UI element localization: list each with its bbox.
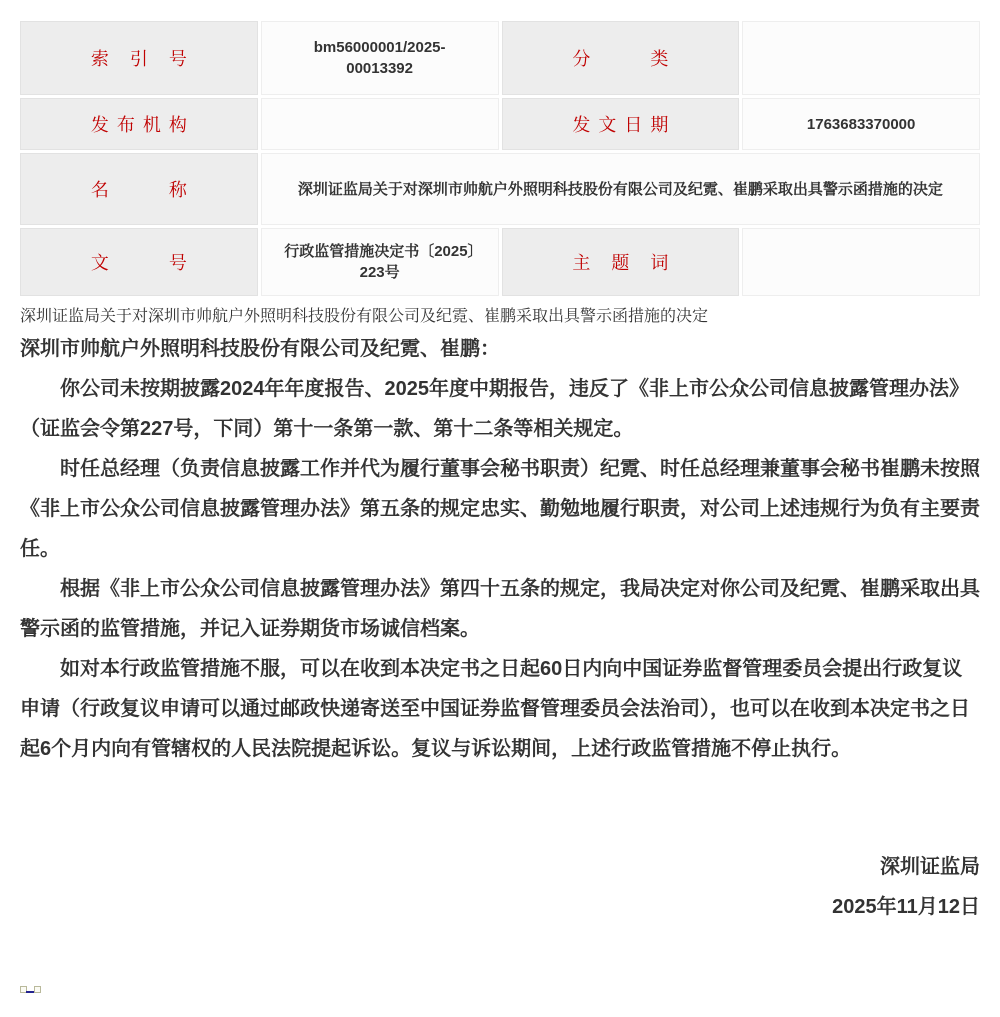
subject-words-label-cell: 主题词 [502, 228, 740, 296]
broken-attachment-link[interactable] [20, 983, 41, 993]
document-title-line: 深圳证监局关于对深圳市帅航户外照明科技股份有限公司及纪霓、崔鹏采取出具警示函措施… [20, 305, 980, 329]
subject-words-value-cell [742, 228, 980, 296]
table-row: 文号 行政监管措施决定书〔2025〕223号 主题词 [20, 228, 980, 296]
body-paragraph: 时任总经理（负责信息披露工作并代为履行董事会秘书职责）纪霓、时任总经理兼董事会秘… [20, 449, 980, 569]
index-number-value-cell: bm56000001/2025-00013392 [261, 21, 499, 95]
table-row: 索引号 bm56000001/2025-00013392 分类 [20, 21, 980, 95]
issuing-agency-label: 发布机构 [91, 111, 187, 137]
body-paragraph: 你公司未按期披露2024年年度报告、2025年度中期报告，违反了《非上市公众公司… [20, 369, 980, 449]
index-number-label: 索引号 [91, 45, 187, 71]
issue-date-label-cell: 发文日期 [502, 98, 740, 150]
signature-date: 2025年11月12日 [20, 887, 980, 927]
document-info-table: 索引号 bm56000001/2025-00013392 分类 发布机构 发文日… [17, 18, 983, 299]
subject-words-label: 主题词 [572, 249, 668, 275]
broken-image-icon [34, 986, 41, 993]
signature-agency: 深圳证监局 [20, 847, 980, 887]
body-paragraph: 如对本行政监管措施不服，可以在收到本决定书之日起60日内向中国证券监督管理委员会… [20, 649, 980, 769]
document-number-label-cell: 文号 [20, 228, 258, 296]
issuing-agency-label-cell: 发布机构 [20, 98, 258, 150]
category-value-cell [742, 21, 980, 95]
title-label: 名称 [91, 176, 187, 202]
table-row: 发布机构 发文日期 1763683370000 [20, 98, 980, 150]
body-paragraph: 根据《非上市公众公司信息披露管理办法》第四十五条的规定，我局决定对你公司及纪霓、… [20, 569, 980, 649]
document-number-label: 文号 [91, 249, 187, 275]
salutation-line: 深圳市帅航户外照明科技股份有限公司及纪霓、崔鹏： [20, 329, 980, 369]
signature-block: 深圳证监局 2025年11月12日 [20, 847, 980, 927]
table-row: 名称 深圳证监局关于对深圳市帅航户外照明科技股份有限公司及纪霓、崔鹏采取出具警示… [20, 153, 980, 225]
issue-date-label: 发文日期 [572, 111, 668, 137]
title-label-cell: 名称 [20, 153, 258, 225]
issue-date-value-cell: 1763683370000 [742, 98, 980, 150]
category-label-cell: 分类 [502, 21, 740, 95]
document-number-value-cell: 行政监管措施决定书〔2025〕223号 [261, 228, 499, 296]
index-number-label-cell: 索引号 [20, 21, 258, 95]
issuing-agency-value-cell [261, 98, 499, 150]
category-label: 分类 [572, 45, 668, 71]
title-value-cell: 深圳证监局关于对深圳市帅航户外照明科技股份有限公司及纪霓、崔鹏采取出具警示函措施… [261, 153, 980, 225]
document-content: 索引号 bm56000001/2025-00013392 分类 发布机构 发文日… [0, 0, 1000, 927]
document-page: 索引号 bm56000001/2025-00013392 分类 发布机构 发文日… [0, 0, 1000, 1017]
